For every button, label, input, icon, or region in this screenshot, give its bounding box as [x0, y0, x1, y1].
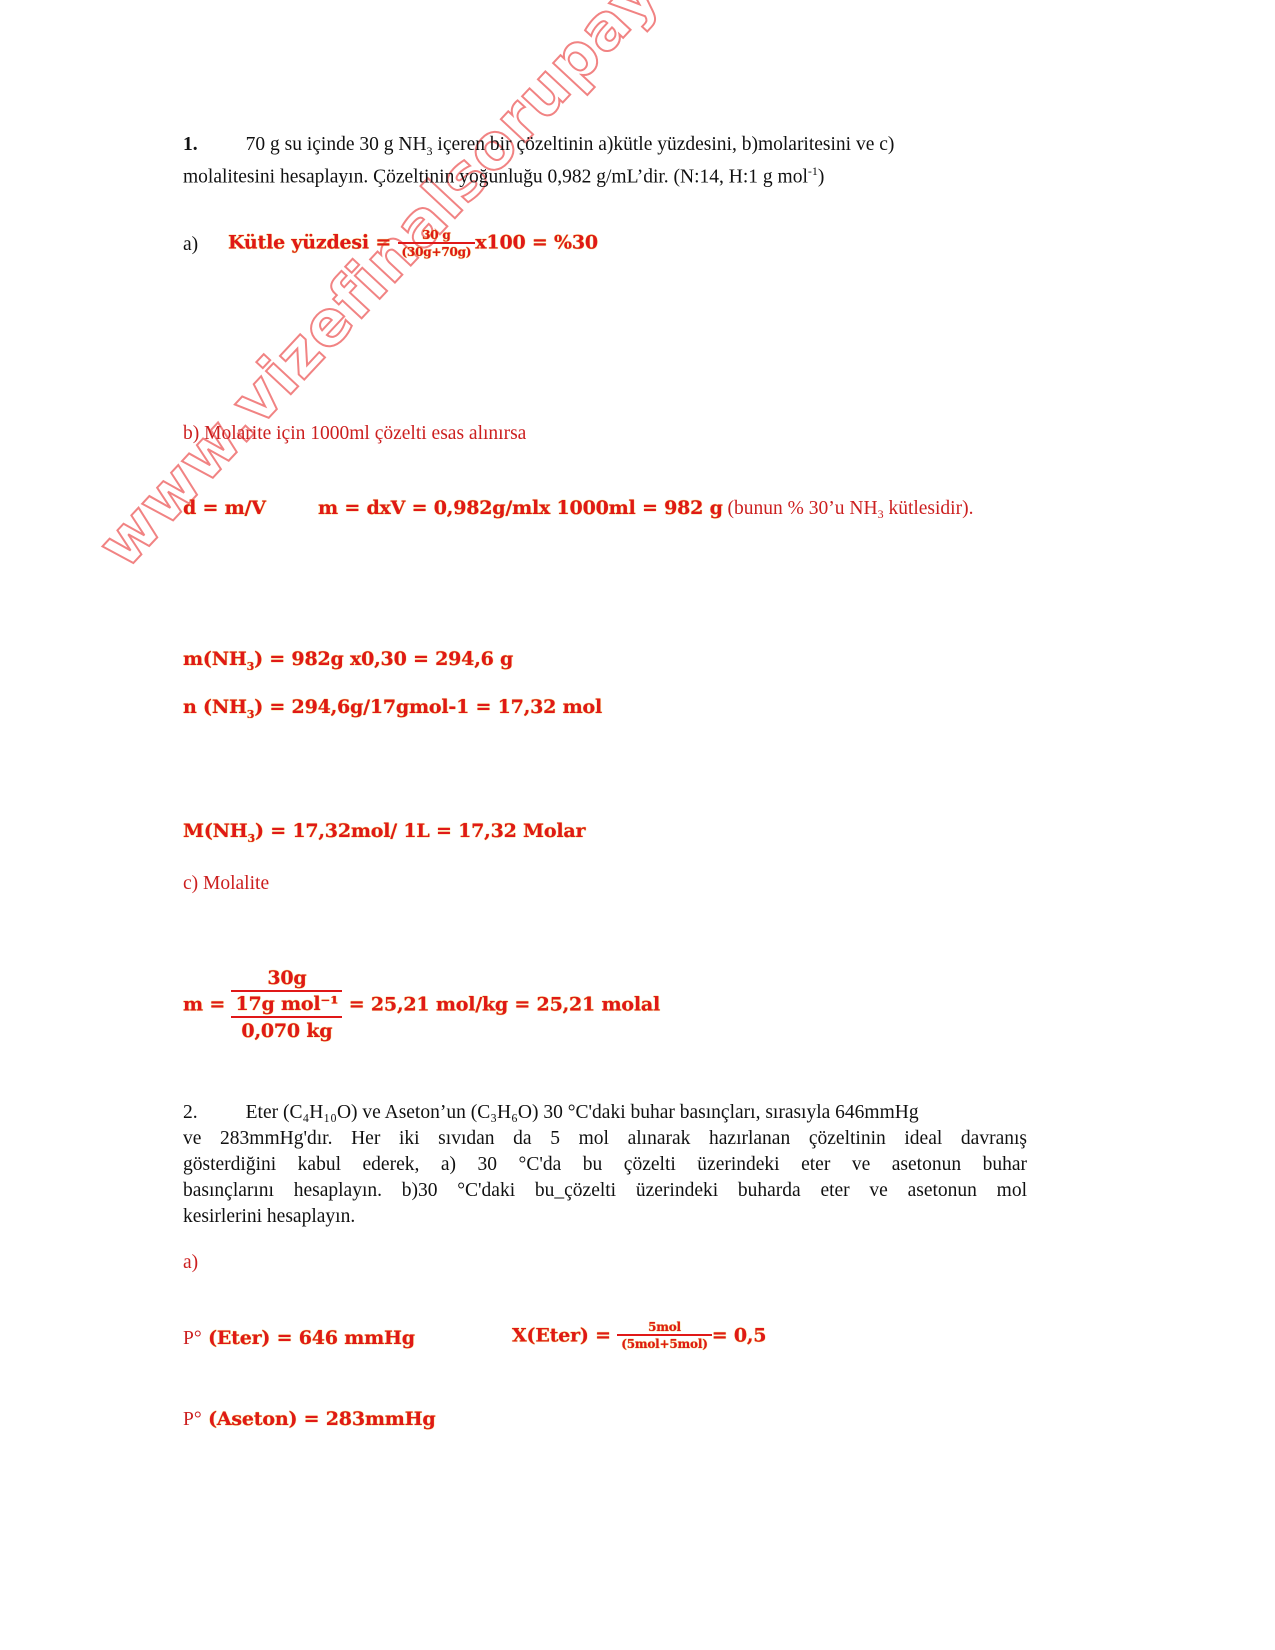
- q1-part-a: a): [183, 232, 198, 258]
- molality-formula: m = 30g 17g mol⁻¹ 0,070 kg = 25,21 mol/k…: [183, 966, 660, 1043]
- question-2-line-4: basınçlarını hesaplayın. b)30 °C'daki bu…: [183, 1178, 1027, 1204]
- question-2-number: 2.: [183, 1102, 198, 1123]
- p-aseton-formula: P° (Aseton) = 283mmHg: [183, 1408, 436, 1431]
- question-1-number: 1.: [183, 134, 198, 155]
- watermark: www.vizefinalsorupaylasimi.com: [83, 0, 934, 581]
- question-1-line-2: molalitesini hesaplayın. Çözeltinin yoğu…: [183, 158, 824, 191]
- question-2-line-5: kesirlerini hesaplayın.: [183, 1204, 355, 1230]
- p-eter-formula: P° (Eter) = 646 mmHg: [183, 1327, 415, 1350]
- mass-percent-formula: Kütle yüzdesi = 30 g (30g+70g) x100 = %3…: [228, 228, 598, 259]
- mass-percent-fraction: 30 g (30g+70g): [398, 228, 476, 259]
- m-nh3-formula: m(NH3) = 982g x0,30 = 294,6 g: [183, 648, 513, 673]
- density-formula: d = m/V: [183, 497, 266, 519]
- document-page: www.vizefinalsorupaylasimi.com 1.70 g su…: [0, 0, 1275, 1650]
- mass-calculation: m = dxV = 0,982g/mlx 1000ml = 982 g (bun…: [318, 497, 973, 522]
- q1-part-c-heading: c) Molalite: [183, 873, 269, 895]
- question-2-line-1: 2.Eter (C₄H₁₀O) ve Aseton’un (C₃H₆O) 30 …: [183, 1100, 1027, 1126]
- question-2-line-2: ve 283mmHg'dır. Her iki sıvıdan da 5 mol…: [183, 1126, 1027, 1152]
- molarity-formula: M(NH3) = 17,32mol/ 1L = 17,32 Molar: [183, 820, 585, 845]
- q1-part-b-heading: b) Molarite için 1000ml çözelti esas alı…: [183, 423, 526, 445]
- q1-part-a-label: a): [183, 234, 198, 255]
- x-eter-fraction: 5mol (5mol+5mol): [617, 1320, 711, 1351]
- question-2-line-3: gösterdiğini kabul ederek, a) 30 °C'da b…: [183, 1152, 1027, 1178]
- q2-part-a-label: a): [183, 1252, 198, 1274]
- n-nh3-formula: n (NH3) = 294,6g/17gmol-1 = 17,32 mol: [183, 696, 602, 721]
- molality-fraction: 30g 17g mol⁻¹ 0,070 kg: [231, 966, 342, 1043]
- x-eter-formula: X(Eter) = 5mol (5mol+5mol) = 0,5: [512, 1320, 766, 1351]
